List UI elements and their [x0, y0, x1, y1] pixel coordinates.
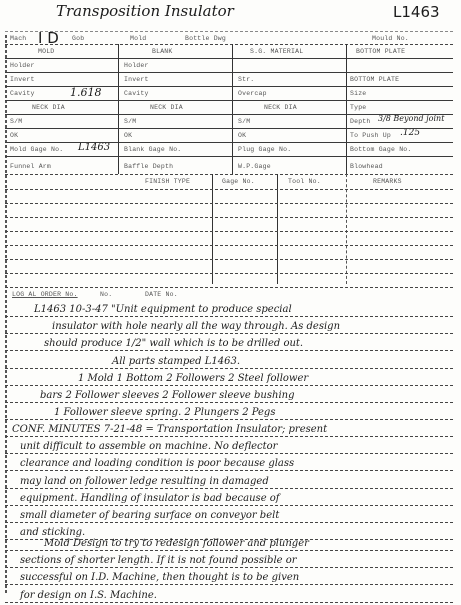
ruled-line — [5, 350, 453, 351]
bottle-dwg-label: Bottle Dwg — [185, 35, 226, 42]
ruled-line — [5, 402, 453, 403]
wp-gage: W.P.Gage — [238, 163, 271, 170]
field-cavity: Cavity — [10, 90, 35, 97]
ruled-line — [5, 488, 453, 489]
ruled-line — [5, 385, 453, 386]
blank-invert: Invert — [124, 76, 149, 83]
material-str: Str. — [238, 76, 254, 83]
log-order-label: LOG AL ORDER No. — [12, 291, 78, 298]
section-header-material: S.G. MATERIAL — [250, 48, 303, 55]
minutes-line: equipment. Handling of insulator is bad … — [20, 493, 280, 504]
field-funnel-arm: Funnel Arm — [10, 163, 51, 170]
followup-line: sections of shorter length. If it is not… — [20, 555, 297, 566]
tool-no-header: Tool No. — [288, 178, 321, 185]
bottom-plate-label: BOTTOM PLATE — [350, 76, 399, 83]
plug-gage-no: Plug Gage No. — [238, 146, 291, 153]
bottom-type: Type — [350, 104, 366, 111]
gage-no-header: Gage No. — [222, 178, 255, 185]
ruled-line — [5, 333, 453, 334]
material-ok: OK — [238, 132, 246, 139]
ruled-line — [5, 550, 453, 551]
blank-gage-no: Blank Gage No. — [124, 146, 181, 153]
ruled-line — [5, 368, 453, 369]
ruled-line — [5, 584, 453, 585]
bottom-depth: Depth — [350, 118, 371, 125]
field-neck-dia: NECK DIA — [32, 104, 65, 111]
push-up: To Push Up — [350, 132, 391, 139]
ruled-line — [5, 522, 453, 523]
bottom-gage-no: Bottom Gage No. — [350, 146, 412, 153]
blowhead: Blowhead — [350, 163, 383, 170]
section-header-bottom-plate: BOTTOM PLATE — [356, 48, 405, 55]
minutes-line: clearance and loading condition is poor … — [20, 458, 294, 469]
mach-label: Mach — [10, 35, 26, 42]
push-up-value: .125 — [400, 128, 420, 138]
ruled-line — [5, 567, 453, 568]
note-line: should produce 1/2" wall which is to be … — [44, 338, 303, 349]
followup-line: for design on I.S. Machine. — [20, 590, 157, 601]
field-ok: OK — [10, 132, 18, 139]
section-header-mold: MOLD — [38, 48, 54, 55]
mould-no-label: Mould No. — [372, 35, 409, 42]
ruled-line — [5, 505, 453, 506]
note-line: insulator with hole nearly all the way t… — [52, 321, 340, 332]
finish-type-header: FINISH TYPE — [145, 178, 190, 185]
blank-cavity: Cavity — [124, 90, 149, 97]
field-cavity-value: 1.618 — [70, 86, 102, 99]
section-header-blank: BLANK — [152, 48, 173, 55]
followup-line: successful on I.D. Machine, then thought… — [20, 572, 299, 583]
field-holder: Holder — [10, 62, 35, 69]
field-mold-gage-value: L1463 — [78, 142, 110, 153]
ruled-line — [5, 436, 453, 437]
field-mold-gage-no: Mold Gage No. — [10, 146, 63, 153]
minutes-line: may land on follower ledge resulting in … — [20, 476, 269, 487]
mold-label: Mold — [130, 35, 146, 42]
material-neck-dia: NECK DIA — [264, 104, 297, 111]
material-sm: S/M — [238, 118, 250, 125]
minutes-line: and sticking. — [20, 527, 85, 538]
note-line: All parts stamped L1463. — [112, 356, 240, 367]
ruled-line — [5, 316, 453, 317]
minutes-line: small diameter of bearing surface on con… — [20, 510, 279, 521]
remarks-header: REMARKS — [373, 178, 402, 185]
baffle-depth: Baffle Depth — [124, 163, 173, 170]
ruled-line — [5, 419, 453, 420]
ruled-line — [5, 470, 453, 471]
binder-edge — [5, 35, 7, 595]
gob-label: Gob — [72, 35, 84, 42]
field-invert: Invert — [10, 76, 35, 83]
blank-sm: S/M — [124, 118, 136, 125]
note-line: L1463 10-3-47 "Unit equipment to produce… — [34, 304, 292, 315]
blank-holder: Holder — [124, 62, 149, 69]
blank-neck-dia: NECK DIA — [150, 104, 183, 111]
document-code: L1463 — [393, 3, 440, 21]
ruled-line — [5, 453, 453, 454]
field-sm: S/M — [10, 118, 22, 125]
document-title: Transposition Insulator — [56, 2, 234, 20]
minutes-line: CONF. MINUTES 7-21-48 = Transportation I… — [12, 424, 327, 435]
note-line: 1 Follower sleeve spring. 2 Plungers 2 P… — [54, 407, 275, 418]
note-line: bars 2 Follower sleeves 2 Follower sleev… — [40, 390, 294, 401]
blank-ok: OK — [124, 132, 132, 139]
ruled-line — [5, 602, 453, 603]
log-no-label: No. — [100, 291, 112, 298]
minutes-line: unit difficult to assemble on machine. N… — [20, 441, 277, 452]
log-date-label: DATE No. — [145, 291, 178, 298]
note-line: 1 Mold 1 Bottom 2 Followers 2 Steel foll… — [78, 373, 308, 384]
followup-line: Mold Design to try to redesign follower … — [44, 538, 309, 549]
bottom-size: Size — [350, 90, 366, 97]
material-overcap: Overcap — [238, 90, 267, 97]
bottom-depth-value: 3/8 Beyond joint — [378, 114, 444, 123]
